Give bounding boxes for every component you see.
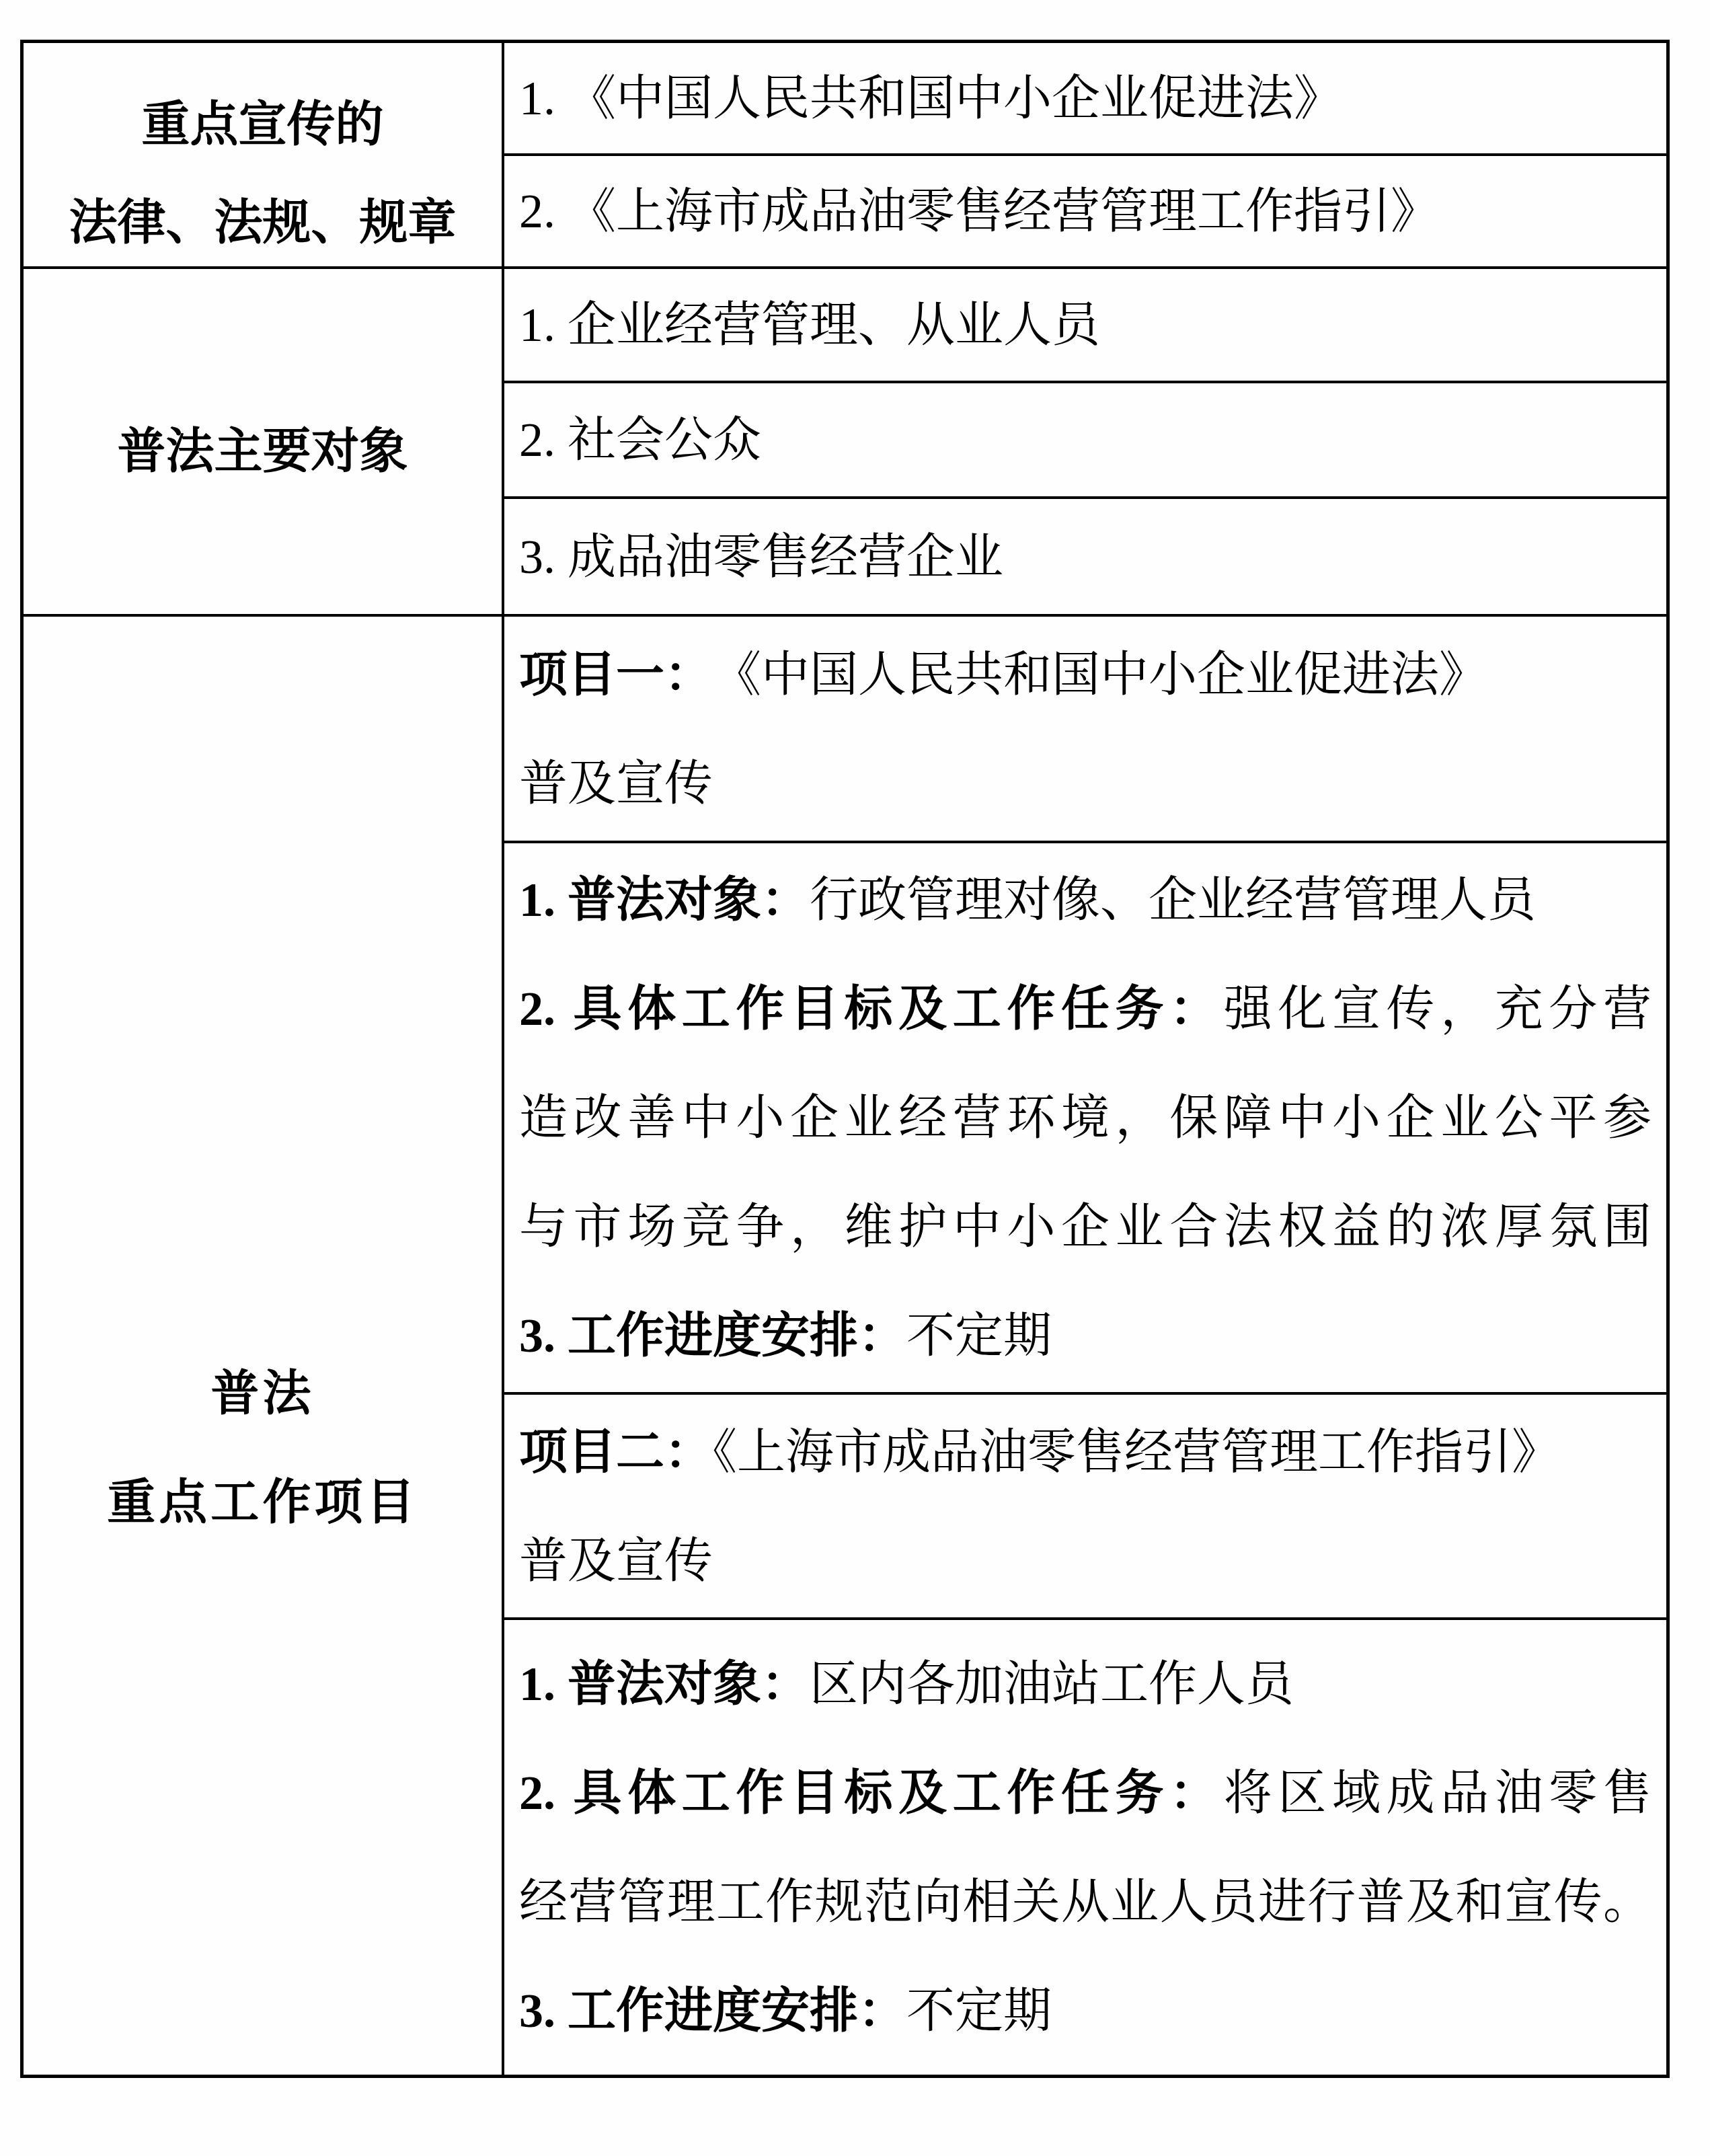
- row-group-items: 项目一： 《中国人民共和国中小企业促进法》普及宣传1. 普法对象：行政管理对像、…: [504, 617, 1666, 2075]
- bold-label-text: 1. 普法对象：: [519, 873, 810, 927]
- body-text: 经营管理工作规范向相关从业人员进行普及和宣传。: [519, 1875, 1651, 1929]
- row-group-label-line: 普法主要对象: [117, 397, 407, 506]
- row-group-label-cell: 重点宣传的法律、法规、规章: [24, 43, 504, 266]
- table-cell: 1. 《中国人民共和国中小企业促进法》: [504, 43, 1666, 153]
- body-text: 2. 社会公众: [519, 413, 761, 467]
- text-line: 3. 成品油零售经营企业: [519, 502, 1651, 611]
- bold-label-text: 3. 工作进度安排：: [519, 1309, 906, 1362]
- table-row-group: 普法主要对象1. 企业经营管理、从业人员2. 社会公众3. 成品油零售经营企业: [24, 266, 1666, 614]
- bold-label-text: 3. 工作进度安排：: [519, 1984, 906, 2038]
- text-line: 1. 《中国人民共和国中小企业促进法》: [519, 44, 1651, 153]
- body-text: 不定期: [906, 1309, 1052, 1362]
- body-text: 2. 《上海市成品油零售经营管理工作指引》: [519, 184, 1439, 238]
- table-cell: 项目一： 《中国人民共和国中小企业促进法》普及宣传: [504, 617, 1666, 841]
- row-group-items: 1. 企业经营管理、从业人员2. 社会公众3. 成品油零售经营企业: [504, 269, 1666, 614]
- table-cell: 1. 企业经营管理、从业人员: [504, 269, 1666, 381]
- text-line: 2. 具体工作目标及工作任务：将区域成品油零售: [519, 1738, 1651, 1847]
- text-line: 3. 工作进度安排：不定期: [519, 1281, 1651, 1390]
- text-line: 2. 《上海市成品油零售经营管理工作指引》: [519, 157, 1651, 266]
- table-row-group: 重点宣传的法律、法规、规章1. 《中国人民共和国中小企业促进法》2. 《上海市成…: [24, 43, 1666, 266]
- row-group-items: 1. 《中国人民共和国中小企业促进法》2. 《上海市成品油零售经营管理工作指引》: [504, 43, 1666, 266]
- body-text: 《中国人民共和国中小企业促进法》: [689, 648, 1487, 701]
- bold-label-text: 项目一：: [519, 648, 689, 701]
- body-text: 行政管理对像、企业经营管理人员: [810, 873, 1536, 927]
- row-group-label-line: 法律、法规、规章: [69, 168, 456, 266]
- row-group-label-line: 重点宣传的: [141, 70, 383, 168]
- text-line: 经营管理工作规范向相关从业人员进行普及和宣传。: [519, 1847, 1651, 1956]
- body-text: 3. 成品油零售经营企业: [519, 530, 1003, 584]
- table-row-group: 普法重点工作项目项目一： 《中国人民共和国中小企业促进法》普及宣传1. 普法对象…: [24, 614, 1666, 2075]
- table-cell: 2. 《上海市成品油零售经营管理工作指引》: [504, 153, 1666, 266]
- table-cell: 3. 成品油零售经营企业: [504, 496, 1666, 614]
- body-text: 与市场竞争，维护中小企业合法权益的浓厚氛围: [519, 1200, 1651, 1254]
- text-line: 造改善中小企业经营环境，保障中小企业公平参: [519, 1063, 1651, 1172]
- row-group-label-line: 普法: [210, 1339, 314, 1448]
- text-line: 2. 社会公众: [519, 385, 1651, 494]
- text-line: 项目一： 《中国人民共和国中小企业促进法》: [519, 620, 1651, 729]
- body-text: 区内各加油站工作人员: [810, 1657, 1294, 1711]
- bold-label-text: 1. 普法对象：: [519, 1657, 810, 1711]
- table-cell: 1. 普法对象：区内各加油站工作人员2. 具体工作目标及工作任务：将区域成品油零…: [504, 1617, 1666, 2075]
- text-line: 2. 具体工作目标及工作任务：强化宣传，充分营: [519, 954, 1651, 1063]
- body-text: 《上海市成品油零售经营管理工作指引》: [713, 1425, 1560, 1479]
- table-cell: 项目二：《上海市成品油零售经营管理工作指引》普及宣传: [504, 1392, 1666, 1617]
- table-cell: 1. 普法对象：行政管理对像、企业经营管理人员2. 具体工作目标及工作任务：强化…: [504, 841, 1666, 1392]
- body-text: 1. 《中国人民共和国中小企业促进法》: [519, 71, 1342, 125]
- text-line: 1. 普法对象：行政管理对像、企业经营管理人员: [519, 845, 1651, 954]
- body-text: 造改善中小企业经营环境，保障中小企业公平参: [519, 1091, 1651, 1145]
- table-cell: 2. 社会公众: [504, 381, 1666, 496]
- bold-label-text: 项目二：: [519, 1425, 713, 1479]
- row-group-label-cell: 普法主要对象: [24, 269, 504, 614]
- text-line: 普及宣传: [519, 729, 1651, 838]
- bold-label-text: 2. 具体工作目标及工作任务：: [519, 982, 1224, 1036]
- body-text: 普及宣传: [519, 1534, 713, 1588]
- text-line: 项目二：《上海市成品油零售经营管理工作指引》: [519, 1397, 1651, 1506]
- body-text: 将区域成品油零售: [1224, 1766, 1651, 1820]
- body-text: 1. 企业经营管理、从业人员: [519, 298, 1100, 352]
- document-page: 重点宣传的法律、法规、规章1. 《中国人民共和国中小企业促进法》2. 《上海市成…: [0, 0, 1710, 2156]
- text-line: 与市场竞争，维护中小企业合法权益的浓厚氛围: [519, 1172, 1651, 1281]
- body-text: 强化宣传，充分营: [1224, 982, 1651, 1036]
- text-line: 1. 企业经营管理、从业人员: [519, 270, 1651, 379]
- text-line: 1. 普法对象：区内各加油站工作人员: [519, 1629, 1651, 1738]
- body-text: 普及宣传: [519, 757, 713, 810]
- row-group-label-cell: 普法重点工作项目: [24, 617, 504, 2075]
- row-group-label-line: 重点工作项目: [107, 1448, 418, 1557]
- text-line: 普及宣传: [519, 1506, 1651, 1615]
- text-line: 3. 工作进度安排：不定期: [519, 1956, 1651, 2065]
- legal-publicity-table: 重点宣传的法律、法规、规章1. 《中国人民共和国中小企业促进法》2. 《上海市成…: [20, 40, 1670, 2078]
- bold-label-text: 2. 具体工作目标及工作任务：: [519, 1766, 1224, 1820]
- body-text: 不定期: [906, 1984, 1052, 2038]
